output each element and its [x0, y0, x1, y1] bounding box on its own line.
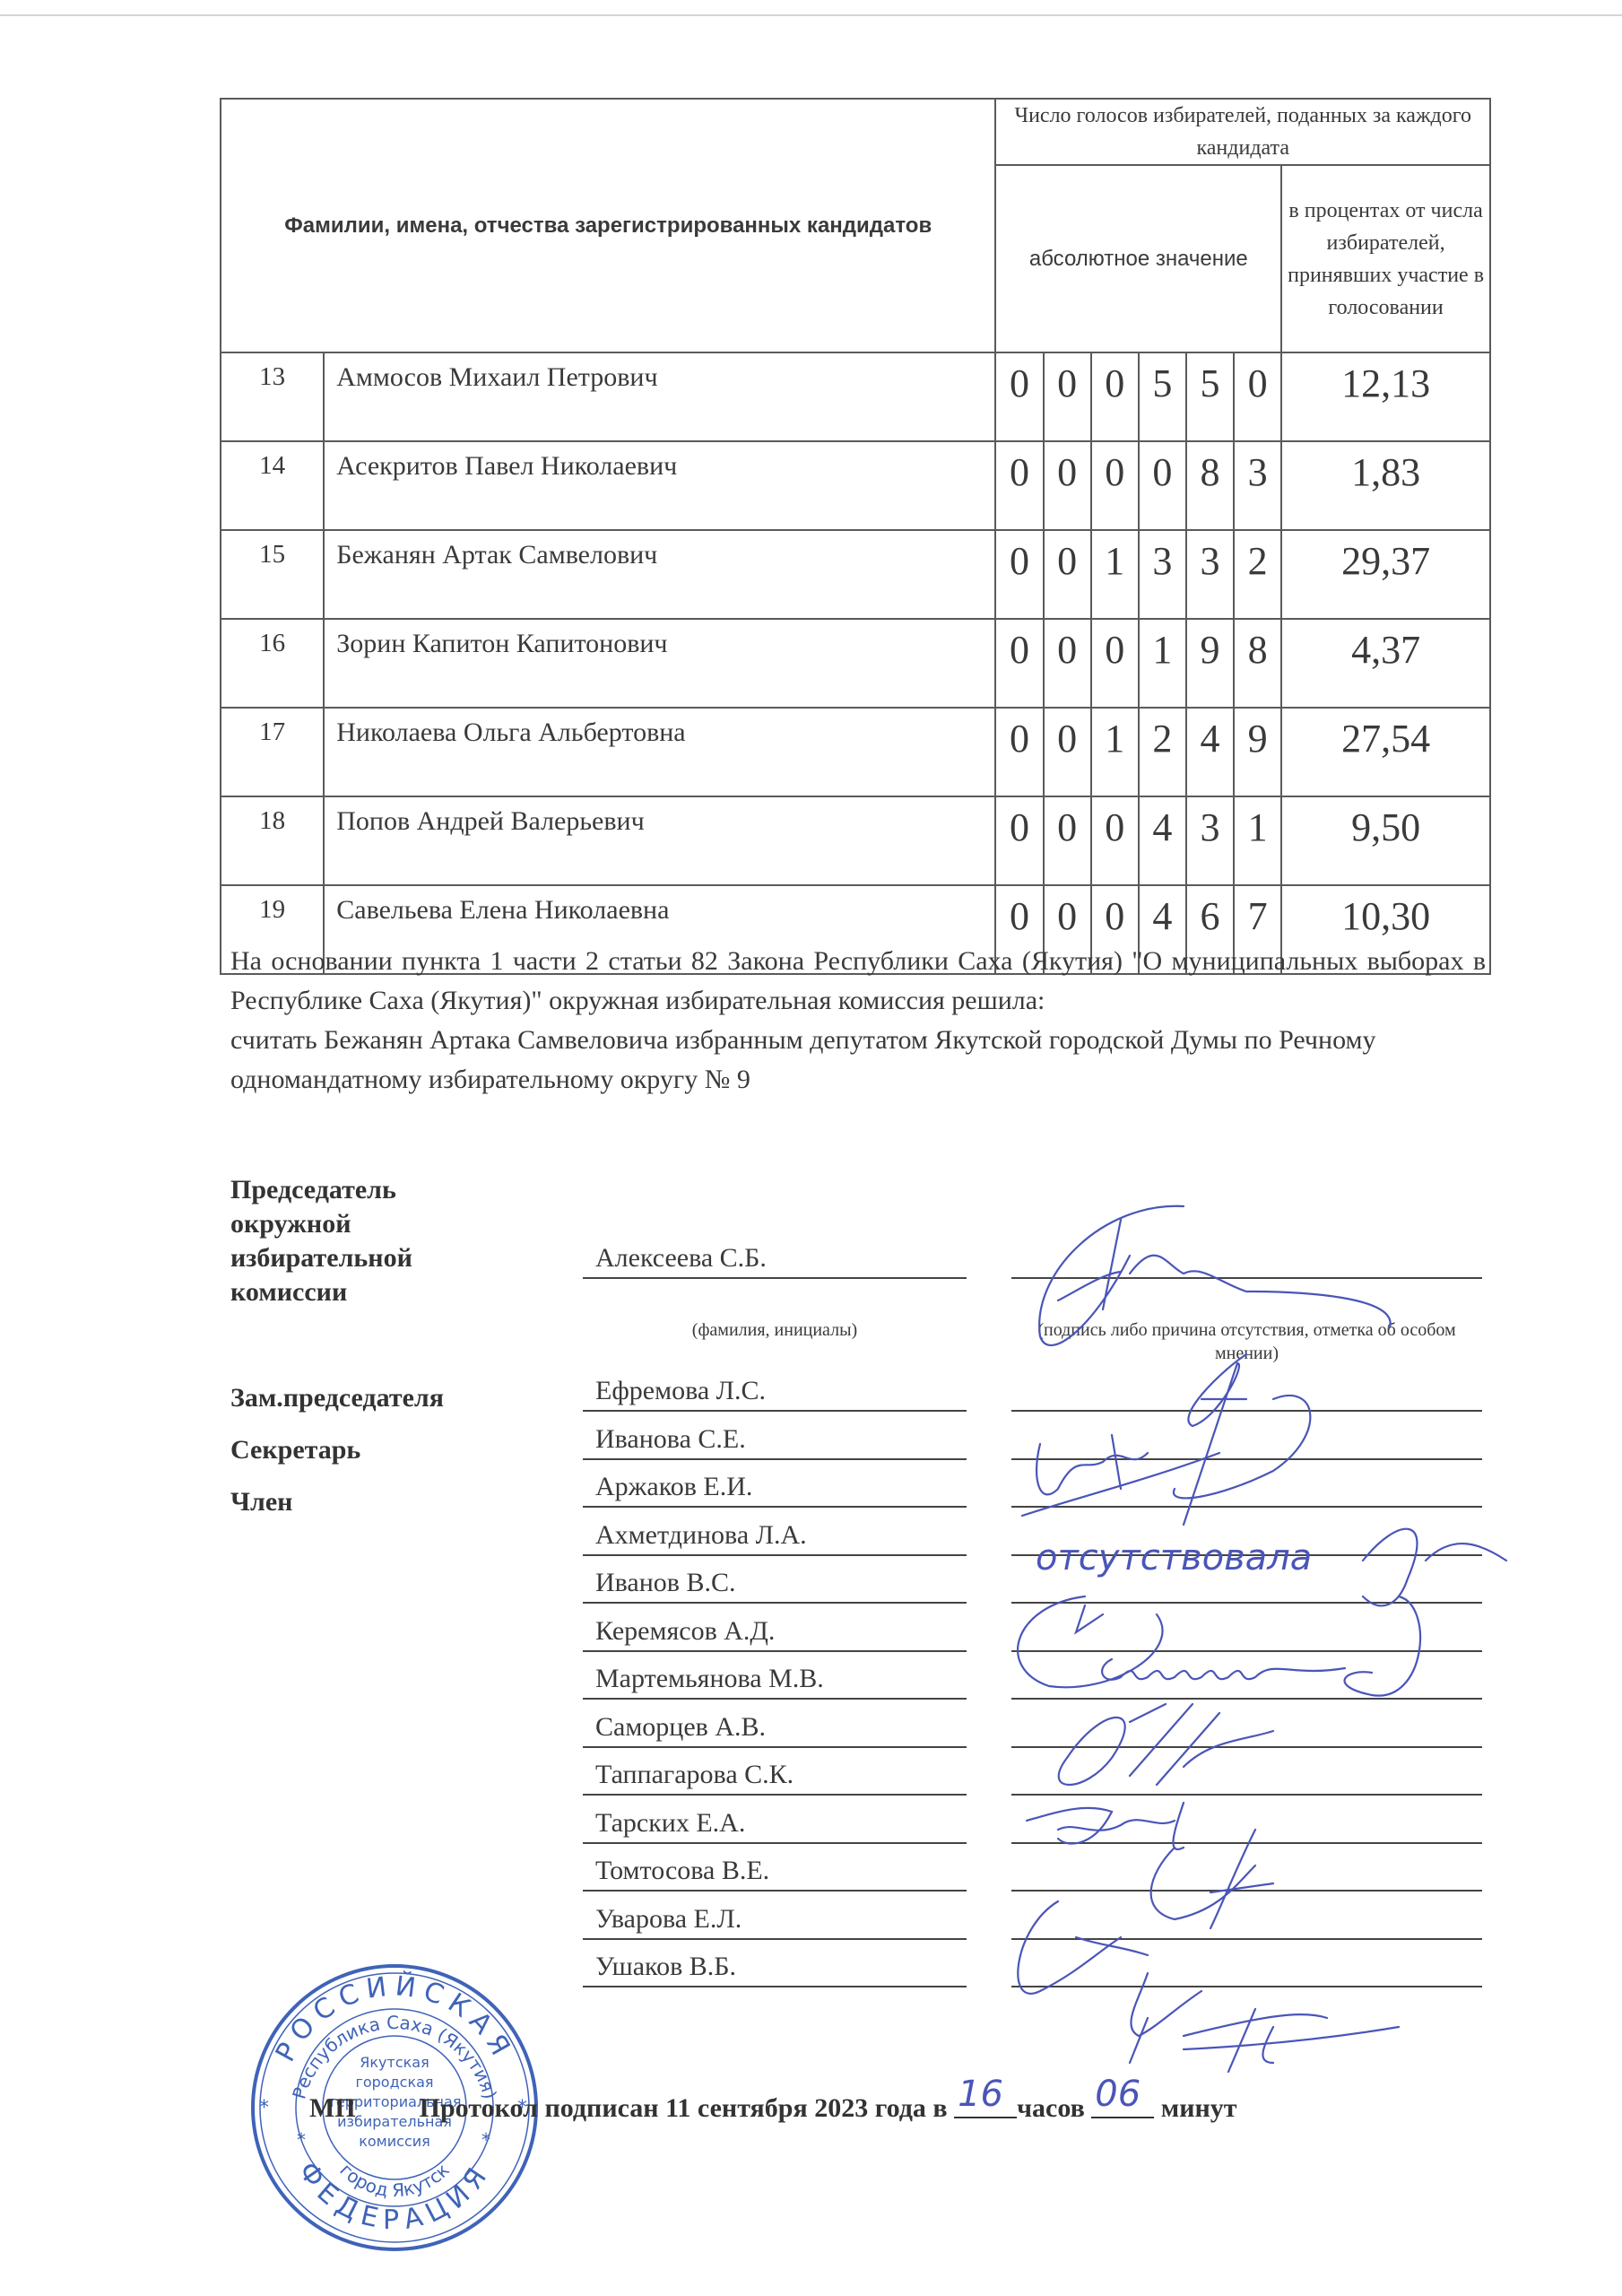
member-name-line: Томтосова В.Е.	[583, 1850, 967, 1892]
chair-role-line: комиссии	[230, 1275, 412, 1309]
candidate-number: 13	[221, 352, 324, 441]
deputy-chair-role: Зам.председателя	[230, 1381, 444, 1415]
vote-digit: 0	[1139, 441, 1186, 530]
vote-digit: 1	[1234, 796, 1281, 885]
chair-role-line: Председатель	[230, 1173, 412, 1207]
member-name: Таппагарова С.К.	[595, 1760, 794, 1790]
header-votes-group: Число голосов избирателей, поданных за к…	[995, 99, 1490, 165]
member-name: Аржаков Е.И.	[595, 1472, 752, 1502]
signature-line	[1011, 1650, 1482, 1652]
minutes-field: 06	[1091, 2092, 1154, 2118]
vote-digit: 3	[1234, 441, 1281, 530]
member-name: Томтосова В.Е.	[595, 1856, 769, 1886]
member-name: Саморцев А.В.	[595, 1712, 766, 1743]
svg-text:*: *	[481, 2129, 490, 2151]
vote-digit: 0	[995, 619, 1043, 708]
vote-digit: 1	[1139, 619, 1186, 708]
vote-digit: 0	[1091, 352, 1139, 441]
vote-percent: 1,83	[1281, 441, 1490, 530]
vote-digit: 8	[1234, 619, 1281, 708]
results-table: Фамилии, имена, отчества зарегистрирован…	[220, 98, 1491, 975]
candidate-name: Зорин Капитон Капитонович	[324, 619, 995, 708]
signature-line	[1011, 1602, 1482, 1604]
member-name-line: Алексеева С.Б.	[583, 1238, 967, 1279]
signature-line	[1011, 1458, 1482, 1460]
chair-role: Председатель окружной избирательной коми…	[230, 1173, 412, 1309]
member-name: Ушаков В.Б.	[595, 1952, 736, 1982]
svg-text:*: *	[259, 2097, 269, 2119]
seal-mark: МП	[309, 2093, 356, 2123]
vote-digit: 0	[1044, 352, 1091, 441]
signed-text: Протокол подписан 11 сентября 2023 года …	[420, 2093, 948, 2123]
commission-decision: На основании пункта 1 части 2 статьи 82 …	[230, 942, 1486, 1100]
vote-digit: 0	[1044, 530, 1091, 619]
signature-line	[1011, 1938, 1482, 1940]
candidate-number: 17	[221, 708, 324, 796]
member-name: Иванова С.Е.	[595, 1424, 746, 1455]
vote-digit: 5	[1186, 352, 1234, 441]
member-name-line: Ефремова Л.С.	[583, 1370, 967, 1412]
vote-digit: 1	[1091, 708, 1139, 796]
scan-top-edge	[0, 14, 1622, 16]
signature-line	[1011, 1794, 1482, 1796]
svg-text:городская: городская	[355, 2074, 433, 2091]
header-absolute-value: абсолютное значение	[995, 165, 1281, 352]
candidate-row: 18Попов Андрей Валерьевич0004319,50	[221, 796, 1490, 885]
member-name-line: Керемясов А.Д.	[583, 1611, 967, 1652]
vote-digit: 3	[1139, 530, 1186, 619]
candidate-number: 16	[221, 619, 324, 708]
candidate-name: Бежанян Артак Самвелович	[324, 530, 995, 619]
vote-digit: 0	[1044, 441, 1091, 530]
member-name: Алексеева С.Б.	[595, 1243, 767, 1274]
candidate-row: 17Николаева Ольга Альбертовна00124927,54	[221, 708, 1490, 796]
member-name-line: Иванов В.С.	[583, 1562, 967, 1604]
signature-line	[1011, 1506, 1482, 1508]
candidate-name: Николаева Ольга Альбертовна	[324, 708, 995, 796]
vote-digit: 0	[1044, 796, 1091, 885]
candidate-row: 16Зорин Капитон Капитонович0001984,37	[221, 619, 1490, 708]
header-percent: в процентах от числа избирателей, приняв…	[1281, 165, 1490, 352]
member-name: Тарских Е.А.	[595, 1808, 745, 1839]
vote-digit: 0	[995, 441, 1043, 530]
decision-basis: На основании пункта 1 части 2 статьи 82 …	[230, 942, 1486, 1021]
member-name-line: Аржаков Е.И.	[583, 1466, 967, 1508]
hours-value: 16	[958, 2074, 1003, 2115]
decision-resolution: считать Бежанян Артака Самвеловича избра…	[230, 1021, 1486, 1100]
vote-digit: 9	[1186, 619, 1234, 708]
member-name-line: Тарских Е.А.	[583, 1803, 967, 1844]
vote-digit: 0	[1091, 619, 1139, 708]
vote-digit: 9	[1234, 708, 1281, 796]
member-name-line: Ахметдинова Л.А.	[583, 1515, 967, 1556]
member-name: Иванов В.С.	[595, 1568, 736, 1598]
candidate-name: Асекритов Павел Николаевич	[324, 441, 995, 530]
vote-digit: 8	[1186, 441, 1234, 530]
vote-digit: 0	[1091, 796, 1139, 885]
vote-digit: 0	[1044, 619, 1091, 708]
candidate-name: Аммосов Михаил Петрович	[324, 352, 995, 441]
member-name-line: Ушаков В.Б.	[583, 1946, 967, 1987]
member-name-line: Иванова С.Е.	[583, 1419, 967, 1460]
signature-line	[1011, 1277, 1482, 1279]
signature-line	[1011, 1410, 1482, 1412]
absence-note: отсутствовала	[1036, 1537, 1312, 1578]
candidate-row: 15Бежанян Артак Самвелович00133229,37	[221, 530, 1490, 619]
secretary-role: Секретарь	[230, 1433, 360, 1467]
vote-digit: 3	[1186, 530, 1234, 619]
candidate-number: 15	[221, 530, 324, 619]
candidate-row: 13Аммосов Михаил Петрович00055012,13	[221, 352, 1490, 441]
minutes-value: 06	[1095, 2074, 1141, 2115]
vote-digit: 1	[1091, 530, 1139, 619]
vote-percent: 12,13	[1281, 352, 1490, 441]
svg-text:Якутская: Якутская	[360, 2054, 429, 2071]
vote-percent: 9,50	[1281, 796, 1490, 885]
member-name: Ефремова Л.С.	[595, 1376, 766, 1406]
candidate-row: 14Асекритов Павел Николаевич0000831,83	[221, 441, 1490, 530]
candidate-name: Попов Андрей Валерьевич	[324, 796, 995, 885]
signature-line	[1011, 1698, 1482, 1700]
member-role: Член	[230, 1485, 292, 1519]
vote-digit: 0	[995, 708, 1043, 796]
candidate-number: 18	[221, 796, 324, 885]
signature-line	[1011, 1890, 1482, 1892]
svg-text:*: *	[297, 2129, 306, 2151]
member-name: Мартемьянова М.В.	[595, 1664, 824, 1694]
hours-label: часов	[1017, 2093, 1085, 2123]
candidate-number: 14	[221, 441, 324, 530]
vote-digit: 0	[1044, 708, 1091, 796]
signature-line	[1011, 1842, 1482, 1844]
vote-digit: 2	[1234, 530, 1281, 619]
svg-text:комиссия: комиссия	[359, 2133, 430, 2150]
chair-role-line: окружной	[230, 1207, 412, 1241]
member-name-line: Саморцев А.В.	[583, 1707, 967, 1748]
vote-digit: 0	[1234, 352, 1281, 441]
member-name-line: Уварова Е.Л.	[583, 1899, 967, 1940]
name-caption: (фамилия, инициалы)	[583, 1318, 967, 1342]
vote-digit: 0	[1091, 441, 1139, 530]
vote-digit: 0	[995, 530, 1043, 619]
vote-digit: 5	[1139, 352, 1186, 441]
hours-field: 16	[954, 2092, 1017, 2118]
vote-digit: 4	[1139, 796, 1186, 885]
vote-digit: 4	[1186, 708, 1234, 796]
vote-digit: 0	[995, 352, 1043, 441]
member-name-line: Мартемьянова М.В.	[583, 1658, 967, 1700]
signature-line	[1011, 1746, 1482, 1748]
signature-line	[1011, 1986, 1482, 1987]
member-name-line: Таппагарова С.К.	[583, 1754, 967, 1796]
vote-percent: 29,37	[1281, 530, 1490, 619]
vote-percent: 4,37	[1281, 619, 1490, 708]
member-name: Ахметдинова Л.А.	[595, 1520, 807, 1551]
header-candidate-names: Фамилии, имена, отчества зарегистрирован…	[221, 99, 995, 352]
vote-digit: 0	[995, 796, 1043, 885]
chair-role-line: избирательной	[230, 1241, 412, 1275]
signature-caption: (подпись либо причина отсутствия, отметк…	[1011, 1318, 1482, 1365]
member-name: Уварова Е.Л.	[595, 1904, 742, 1935]
vote-percent: 27,54	[1281, 708, 1490, 796]
vote-digit: 2	[1139, 708, 1186, 796]
minutes-label: минут	[1161, 2093, 1237, 2123]
signature-line	[1011, 1554, 1482, 1556]
vote-digit: 3	[1186, 796, 1234, 885]
member-name: Керемясов А.Д.	[595, 1616, 775, 1647]
protocol-signing-line: МП Протокол подписан 11 сентября 2023 го…	[309, 2092, 1237, 2124]
